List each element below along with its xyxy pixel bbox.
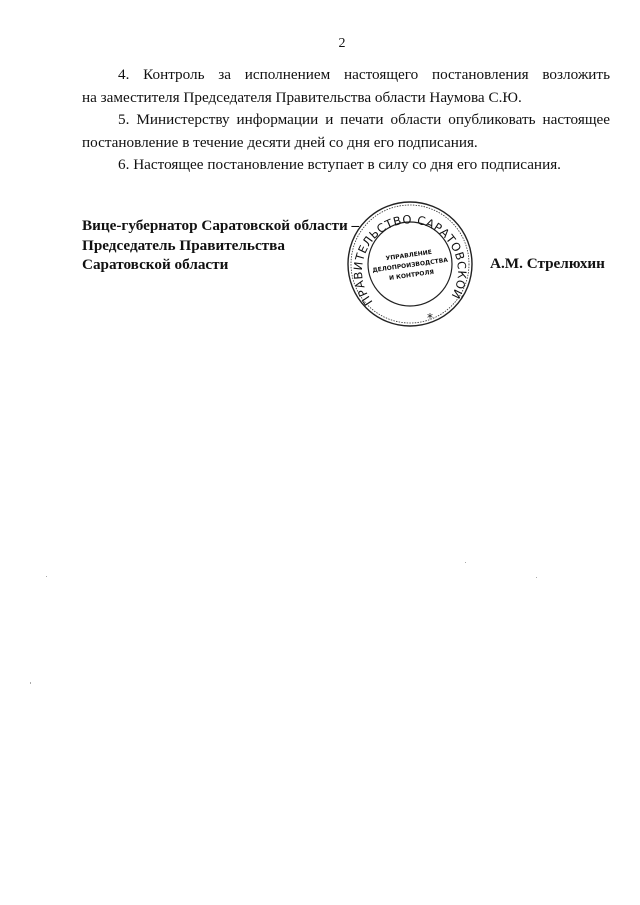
signatory-title-line-2: Председатель Правительства xyxy=(82,236,359,256)
paragraph-4-line-1: 4. Контроль за исполнением настоящего по… xyxy=(82,64,610,87)
signatory-name: А.М. Стрелюхин xyxy=(490,255,605,273)
official-seal: ПРАВИТЕЛЬСТВО САРАТОВСКОЙ ОБЛАСТИ УПРАВЛ… xyxy=(340,198,480,333)
signatory-title-line-3: Саратовской области xyxy=(82,255,359,275)
paragraph-5-line-2: постановление в течение десяти дней со д… xyxy=(82,132,610,155)
signatory-title-line-1: Вице-губернатор Саратовской области – xyxy=(82,216,359,236)
paragraph-6: 6. Настоящее постановление вступает в си… xyxy=(82,154,610,177)
scan-speck xyxy=(30,682,31,684)
paragraph-5-line-1: 5. Министерству информации и печати обла… xyxy=(82,109,610,132)
signatory-title: Вице-губернатор Саратовской области – Пр… xyxy=(82,216,359,275)
page-number: 2 xyxy=(22,36,640,52)
scan-speck xyxy=(465,562,466,563)
document-body: 4. Контроль за исполнением настоящего по… xyxy=(82,64,610,177)
seal-star: * xyxy=(427,311,433,325)
seal-icon: ПРАВИТЕЛЬСТВО САРАТОВСКОЙ ОБЛАСТИ УПРАВЛ… xyxy=(340,198,480,333)
scan-speck xyxy=(46,576,47,577)
paragraph-4-line-2: на заместителя Председателя Правительств… xyxy=(82,87,610,110)
scan-speck xyxy=(536,577,537,578)
